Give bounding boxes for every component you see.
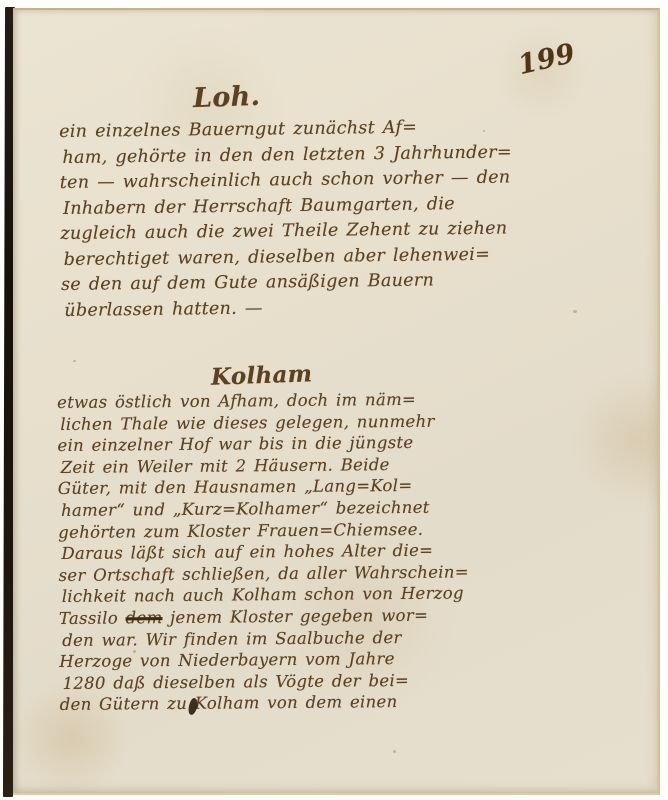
manuscript-line: Zeit ein Weiler mit 2 Häusern. Beide	[61, 453, 471, 478]
struck-out-word: dem	[126, 608, 163, 627]
manuscript-line: überlassen hatten. —	[64, 293, 515, 324]
paper-speck	[133, 650, 136, 653]
manuscript-line: den Gütern zu Kolham von dem einen	[60, 691, 470, 716]
manuscript-scan: 199 Loh. ein einzelnes Bauerngut zunächs…	[0, 0, 668, 800]
paper-speck	[573, 310, 577, 313]
page-number: 199	[515, 38, 578, 81]
manuscript-line: 1280 daß dieselben als Vögte der bei=	[62, 669, 472, 694]
manuscript-line: Daraus läßt sich auf ein hohes Alter die…	[61, 540, 471, 565]
paper-speck	[393, 750, 396, 753]
paragraph-kolham: etwas östlich von Afham, doch im näm= li…	[57, 388, 470, 715]
section-heading-kolham: Kolham	[211, 360, 313, 391]
manuscript-line: lichkeit nach auch Kolham schon von Herz…	[62, 583, 472, 608]
manuscript-line: lichen Thale wie dieses gelegen, nunmehr	[60, 410, 470, 435]
line-text-before-strike: Tassilo	[59, 608, 126, 628]
manuscript-line: den war. Wir finden im Saalbuche der	[62, 626, 472, 651]
paper-speck	[483, 130, 485, 132]
paragraph-loh: ein einzelnes Bauerngut zunächst Af= ham…	[59, 114, 512, 323]
paper-speck	[73, 360, 76, 362]
manuscript-paper: 199 Loh. ein einzelnes Bauerngut zunächs…	[13, 8, 660, 795]
line-text-after-strike: jenem Kloster gegeben wor=	[162, 606, 428, 627]
manuscript-line: hamer“ und „Kurz=Kolhamer“ bezeichnet	[61, 496, 471, 521]
section-heading-loh: Loh.	[192, 81, 260, 114]
